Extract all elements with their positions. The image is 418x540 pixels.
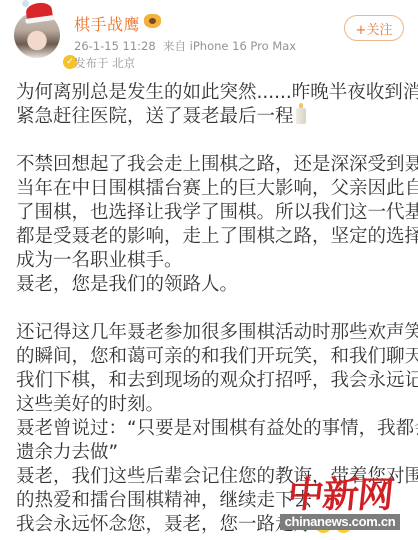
post-meta: 26-1-15 11:28 来自 iPhone 16 Pro Max [74, 38, 296, 54]
post-line: 成为一名职业棋手。 [16, 249, 408, 273]
post-line: 的瞬间，您和蔼可亲的和我们开玩笑，和我们聊天教 [16, 345, 408, 369]
post-line: 这些美好的时刻。 [16, 393, 408, 417]
post-line: 都是受聂老的影响，走上了围棋之路，坚定的选择要 [16, 225, 408, 249]
post-line: 的热爱和擂台围棋精神，继续走下去 [16, 489, 408, 513]
post-line: 聂老，您是我们的领路人。 [16, 273, 408, 297]
post-line: 我们下棋，和去到现场的观众打招呼，我会永远记得 [16, 369, 408, 393]
post-line-text: 紧急赶往医院，送了聂老最后一程 [16, 106, 294, 127]
post-line: 我会永远怀念您，聂老，您一路走好 [16, 513, 408, 537]
author-avatar[interactable]: ✓ [14, 12, 60, 58]
candle-icon [296, 108, 306, 124]
post-line: 遗余力去做” [16, 441, 408, 465]
paragraph-spacer [16, 297, 408, 321]
post-line: 了围棋，也选择让我学了围棋。所以我们这一代基本 [16, 201, 408, 225]
post-line: 不禁回想起了我会走上围棋之路，还是深深受到聂老 [16, 153, 408, 177]
follow-button[interactable]: +关注 [344, 15, 404, 41]
post-line-text: 我会永远怀念您，聂老，您一路走好 [16, 514, 312, 535]
post-location: 发布于 北京 [74, 55, 135, 71]
author-name[interactable]: 棋手战鹰 [74, 12, 140, 35]
crown-icon [144, 14, 161, 28]
post-line: 当年在中日围棋擂台赛上的巨大影响，父亲因此自学 [16, 177, 408, 201]
post-line: 为何离别总是发生的如此突然......昨晚半夜收到消息 [16, 81, 408, 105]
post-timestamp: 26-1-15 11:28 [74, 39, 156, 53]
post-header: ✓ 棋手战鹰 26-1-15 11:28 来自 iPhone 16 Pro Ma… [0, 0, 418, 75]
post-line: 聂老曾说过：“只要是对围棋有益处的事情，我都会不 [16, 417, 408, 441]
hat-pom-icon [22, 0, 29, 7]
paragraph-spacer [16, 129, 408, 153]
post-source: 来自 iPhone 16 Pro Max [163, 39, 296, 53]
post-line: 紧急赶往医院，送了聂老最后一程 [16, 105, 408, 129]
santa-hat-icon [25, 1, 53, 20]
post-line: 还记得这几年聂老参加很多围棋活动时那些欢声笑语 [16, 321, 408, 345]
crying-face-icon [335, 516, 352, 533]
crying-face-icon [315, 516, 332, 533]
post-body: 为何离别总是发生的如此突然......昨晚半夜收到消息 紧急赶往医院，送了聂老最… [16, 81, 408, 537]
post-line: 聂老，我们这些后辈会记住您的教诲，带着您对围棋 [16, 465, 408, 489]
